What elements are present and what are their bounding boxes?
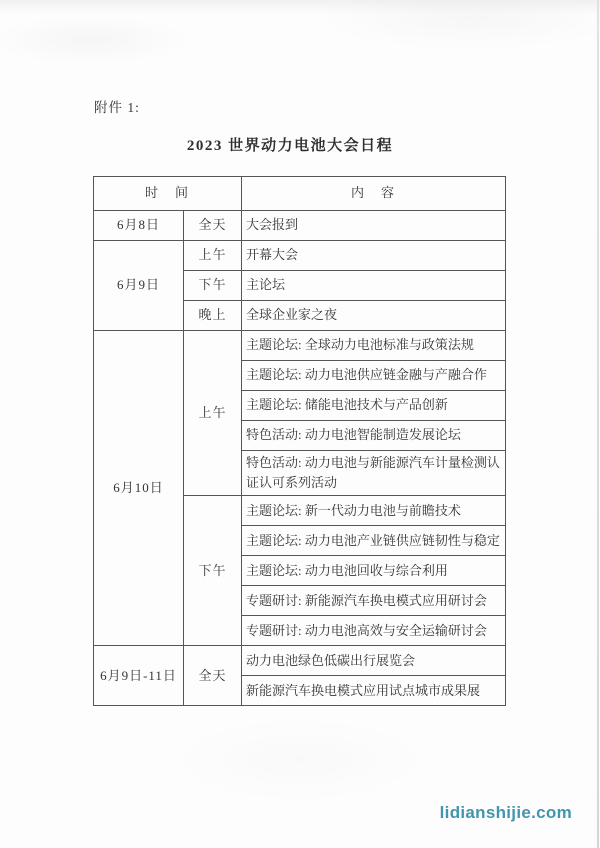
content-cell: 主题论坛: 动力电池回收与综合利用	[242, 556, 506, 586]
content-cell: 主题论坛: 全球动力电池标准与政策法规	[242, 331, 506, 361]
content-cell: 主论坛	[242, 271, 506, 301]
content-cell: 主题论坛: 动力电池供应链金融与产融合作	[242, 361, 506, 391]
schedule-table: 时 间 内 容 6月8日 全天 大会报到 6月9日 上午 开幕大会 下午 主论坛…	[93, 176, 506, 706]
date-cell: 6月10日	[94, 331, 184, 646]
period-cell: 上午	[184, 241, 242, 271]
content-cell: 大会报到	[242, 211, 506, 241]
scanned-document-page: 附件 1: 2023 世界动力电池大会日程 时 间 内 容 6月8日 全天 大会…	[0, 0, 600, 848]
content-cell: 专题研讨: 新能源汽车换电模式应用研讨会	[242, 586, 506, 616]
period-cell: 全天	[184, 646, 242, 706]
period-cell: 全天	[184, 211, 242, 241]
site-watermark: lidianshijie.com	[440, 803, 572, 823]
period-cell: 上午	[184, 331, 242, 496]
date-cell: 6月8日	[94, 211, 184, 241]
table-row: 6月10日 上午 主题论坛: 全球动力电池标准与政策法规	[94, 331, 506, 361]
content-cell: 特色活动: 动力电池智能制造发展论坛	[242, 421, 506, 451]
content-cell: 专题研讨: 动力电池高效与安全运输研讨会	[242, 616, 506, 646]
content-cell: 开幕大会	[242, 241, 506, 271]
period-cell: 晚上	[184, 301, 242, 331]
table-row: 6月9日-11日 全天 动力电池绿色低碳出行展览会	[94, 646, 506, 676]
table-row: 6月8日 全天 大会报到	[94, 211, 506, 241]
content-cell: 特色活动: 动力电池与新能源汽车计量检测认证认可系列活动	[242, 451, 506, 496]
table-header-row: 时 间 内 容	[94, 177, 506, 211]
period-cell: 下午	[184, 271, 242, 301]
document-title: 2023 世界动力电池大会日程	[80, 134, 500, 155]
content-cell: 新能源汽车换电模式应用试点城市成果展	[242, 676, 506, 706]
content-cell: 全球企业家之夜	[242, 301, 506, 331]
date-cell: 6月9日-11日	[94, 646, 184, 706]
attachment-label: 附件 1:	[94, 96, 140, 116]
table-row: 6月9日 上午 开幕大会	[94, 241, 506, 271]
period-cell: 下午	[184, 496, 242, 646]
content-cell: 主题论坛: 储能电池技术与产品创新	[242, 391, 506, 421]
content-cell: 主题论坛: 新一代动力电池与前瞻技术	[242, 496, 506, 526]
scan-edge-line	[597, 0, 599, 848]
header-time: 时 间	[94, 177, 242, 211]
header-content: 内 容	[242, 177, 506, 211]
content-cell: 动力电池绿色低碳出行展览会	[242, 646, 506, 676]
content-cell: 主题论坛: 动力电池产业链供应链韧性与稳定	[242, 526, 506, 556]
date-cell: 6月9日	[94, 241, 184, 331]
